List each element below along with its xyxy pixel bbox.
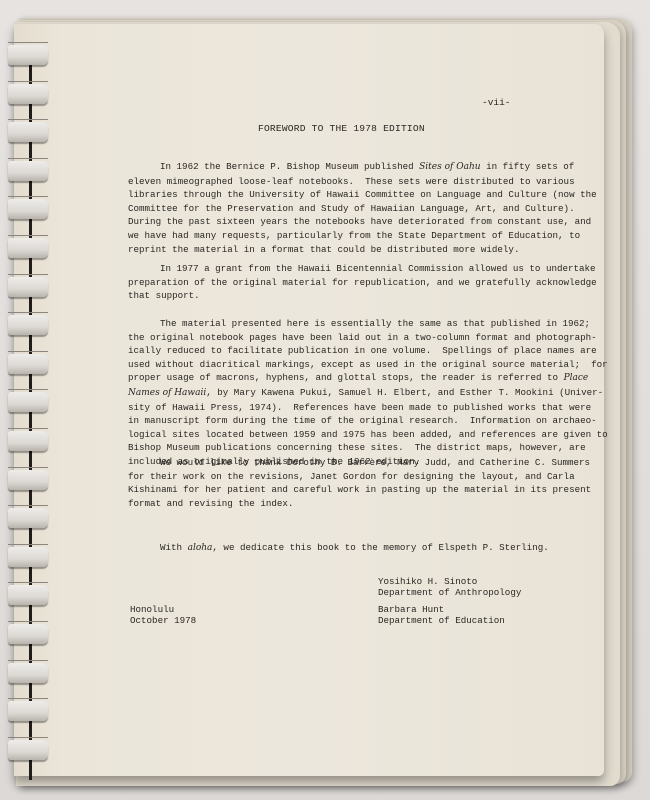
binding-loop [8, 740, 48, 760]
text-line: reprint the material in a format that co… [128, 243, 568, 257]
place-date-block: Honolulu October 1978 [130, 605, 196, 626]
signatory-name: Yosihiko H. Sinoto [378, 577, 521, 588]
binding-loop [8, 701, 48, 721]
binding-loop [8, 431, 48, 451]
italic-title: aloha [188, 543, 213, 553]
italic-title: Sites of Oahu [419, 162, 480, 172]
paragraph: We would like to thank Dorothy B. Barrèr… [128, 456, 568, 510]
text-line: Bishop Museum publications concerning th… [128, 441, 568, 455]
binding-loop [8, 392, 48, 412]
text-line: With aloha, we dedicate this book to the… [128, 541, 568, 556]
text-line: we have had many requests, particularly … [128, 229, 568, 243]
text-line: During the past sixteen years the notebo… [128, 215, 568, 229]
text-line: Kishinami for her patient and careful wo… [128, 483, 568, 497]
text-line: that support. [128, 289, 568, 303]
text-line: for their work on the revisions, Janet G… [128, 470, 568, 484]
text-line: format and revising the index. [128, 497, 568, 511]
text-line: the original notebook pages have been la… [128, 331, 568, 345]
text-line: eleven mimeographed loose-leaf notebooks… [128, 175, 568, 189]
binding-loop [8, 315, 48, 335]
text-line: preparation of the original material for… [128, 276, 568, 290]
page-title: FOREWORD TO THE 1978 EDITION [258, 122, 425, 136]
text-line: In 1962 the Bernice P. Bishop Museum pub… [128, 160, 568, 175]
binding-loop [8, 470, 48, 490]
binding-loop [8, 354, 48, 374]
italic-title: Names of Hawaii [128, 388, 206, 398]
text-line: libraries through the University of Hawa… [128, 188, 568, 202]
text-line: proper usage of macrons, hyphens, and gl… [128, 371, 568, 386]
binding-loop [8, 277, 48, 297]
binding-loop [8, 122, 48, 142]
date: October 1978 [130, 616, 196, 627]
binding-loop [8, 238, 48, 258]
text-line: We would like to thank Dorothy B. Barrèr… [128, 456, 568, 470]
text-line: logical sites located between 1959 and 1… [128, 428, 568, 442]
text-line: used without diacritical markings, excep… [128, 358, 568, 372]
comb-binding [0, 20, 50, 800]
signatory-name: Barbara Hunt [378, 605, 505, 616]
text-line: In 1977 a grant from the Hawaii Bicenten… [128, 262, 568, 276]
text-line: sity of Hawaii Press, 1974). References … [128, 401, 568, 415]
place: Honolulu [130, 605, 196, 616]
binding-loop [8, 663, 48, 683]
text-line: The material presented here is essential… [128, 317, 568, 331]
page-number: -vii- [482, 96, 511, 110]
text-line: Committee for the Preservation and Study… [128, 202, 568, 216]
signature-block-1: Yosihiko H. Sinoto Department of Anthrop… [378, 577, 521, 598]
text-line: in manuscript form during the time of th… [128, 414, 568, 428]
binding-loop [8, 199, 48, 219]
paragraph: In 1962 the Bernice P. Bishop Museum pub… [128, 160, 568, 256]
binding-loop [8, 508, 48, 528]
paragraph: With aloha, we dedicate this book to the… [128, 541, 568, 556]
binding-loop [8, 585, 48, 605]
signatory-department: Department of Anthropology [378, 588, 521, 599]
italic-title: Place [564, 373, 589, 383]
binding-loop [8, 161, 48, 181]
binding-loop [8, 624, 48, 644]
signatory-department: Department of Education [378, 616, 505, 627]
binding-loop [8, 84, 48, 104]
text-line: Names of Hawaii, by Mary Kawena Pukui, S… [128, 386, 568, 401]
signature-block-2: Barbara Hunt Department of Education [378, 605, 505, 626]
paragraph: The material presented here is essential… [128, 317, 568, 469]
paragraph: In 1977 a grant from the Hawaii Bicenten… [128, 262, 568, 303]
binding-loop [8, 547, 48, 567]
text-line: ically reduced to facilitate publication… [128, 344, 568, 358]
binding-loop [8, 45, 48, 65]
